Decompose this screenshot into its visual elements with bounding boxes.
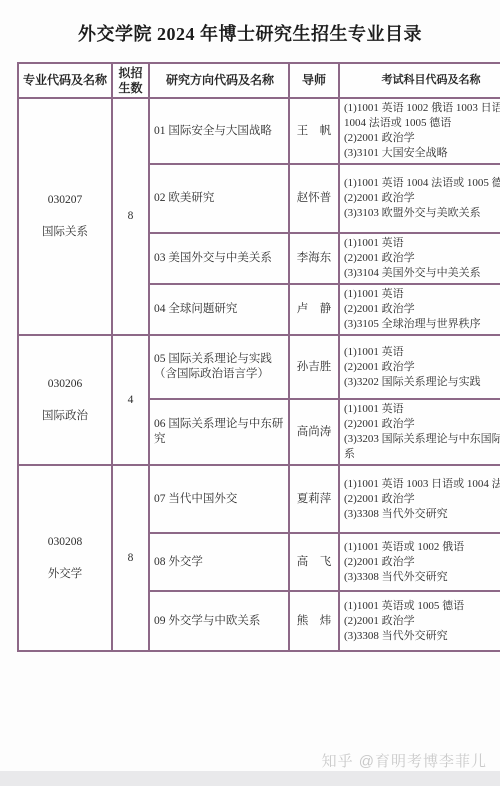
tutor-cell: 孙吉胜 — [289, 335, 339, 399]
direction-cell: 07 当代中国外交 — [149, 465, 289, 533]
direction-cell: 04 全球问题研究 — [149, 284, 289, 335]
direction-cell: 08 外交学 — [149, 533, 289, 591]
major-cell-030207: 030207 国际关系 — [18, 98, 112, 335]
tutor-cell: 夏莉萍 — [289, 465, 339, 533]
tutor-cell: 王 帆 — [289, 98, 339, 164]
major-name: 国际关系 — [20, 224, 110, 241]
exam-cell: (1)1001 英语 1003 日语或 1004 法语 (2)2001 政治学 … — [339, 465, 500, 533]
exam-cell: (1)1001 英语 (2)2001 政治学 (3)3203 国际关系理论与中东… — [339, 399, 500, 465]
exam-cell: (1)1001 英语 (2)2001 政治学 (3)3104 美国外交与中美关系 — [339, 233, 500, 284]
header-cell-tutor: 导师 — [289, 63, 339, 98]
tutor-cell: 高 飞 — [289, 533, 339, 591]
table-row: 030207 国际关系 8 01 国际安全与大国战略 王 帆 (1)1001 英… — [18, 98, 500, 164]
header-row: 专业代码及名称 拟招 生数 研究方向代码及名称 导师 考试科目代码及名称 — [18, 63, 500, 98]
tutor-cell: 卢 静 — [289, 284, 339, 335]
header-cell-major: 专业代码及名称 — [18, 63, 112, 98]
direction-cell: 09 外交学与中欧关系 — [149, 591, 289, 651]
header-cell-exam: 考试科目代码及名称 — [339, 63, 500, 98]
quota-cell: 4 — [112, 335, 149, 465]
zhihu-watermark: 知乎 @育明考博李菲儿 — [322, 750, 487, 771]
major-code: 030208 — [20, 534, 110, 551]
major-code: 030206 — [20, 376, 110, 393]
header-cell-direction: 研究方向代码及名称 — [149, 63, 289, 98]
quota-cell: 8 — [112, 465, 149, 651]
tutor-cell: 熊 炜 — [289, 591, 339, 651]
page-title: 外交学院 2024 年博士研究生招生专业目录 — [0, 20, 500, 46]
direction-cell: 05 国际关系理论与实践 （含国际政治语言学） — [149, 335, 289, 399]
header-cell-quota: 拟招 生数 — [112, 63, 149, 98]
direction-cell: 03 美国外交与中美关系 — [149, 233, 289, 284]
tutor-cell: 高尚涛 — [289, 399, 339, 465]
direction-cell: 01 国际安全与大国战略 — [149, 98, 289, 164]
quota-cell: 8 — [112, 98, 149, 335]
major-cell-030206: 030206 国际政治 — [18, 335, 112, 465]
major-code: 030207 — [20, 192, 110, 209]
exam-cell: (1)1001 英语 (2)2001 政治学 (3)3105 全球治理与世界秩序 — [339, 284, 500, 335]
direction-cell: 06 国际关系理论与中东研究 — [149, 399, 289, 465]
exam-cell: (1)1001 英语 1004 法语或 1005 德语 (2)2001 政治学 … — [339, 164, 500, 233]
exam-cell: (1)1001 英语或 1005 德语 (2)2001 政治学 (3)3308 … — [339, 591, 500, 651]
major-cell-030208: 030208 外交学 — [18, 465, 112, 651]
exam-cell: (1)1001 英语 (2)2001 政治学 (3)3202 国际关系理论与实践 — [339, 335, 500, 399]
tutor-cell: 李海东 — [289, 233, 339, 284]
tutor-cell: 赵怀普 — [289, 164, 339, 233]
direction-cell: 02 欧美研究 — [149, 164, 289, 233]
exam-cell: (1)1001 英语 1002 俄语 1003 日语 1004 法语或 1005… — [339, 98, 500, 164]
exam-cell: (1)1001 英语或 1002 俄语 (2)2001 政治学 (3)3308 … — [339, 533, 500, 591]
major-name: 国际政治 — [20, 408, 110, 425]
admissions-table: 专业代码及名称 拟招 生数 研究方向代码及名称 导师 考试科目代码及名称 030… — [17, 62, 500, 652]
table-row: 030208 外交学 8 07 当代中国外交 夏莉萍 (1)1001 英语 10… — [18, 465, 500, 533]
table-row: 030206 国际政治 4 05 国际关系理论与实践 （含国际政治语言学） 孙吉… — [18, 335, 500, 399]
major-name: 外交学 — [20, 566, 110, 583]
bottom-bar — [0, 771, 500, 786]
